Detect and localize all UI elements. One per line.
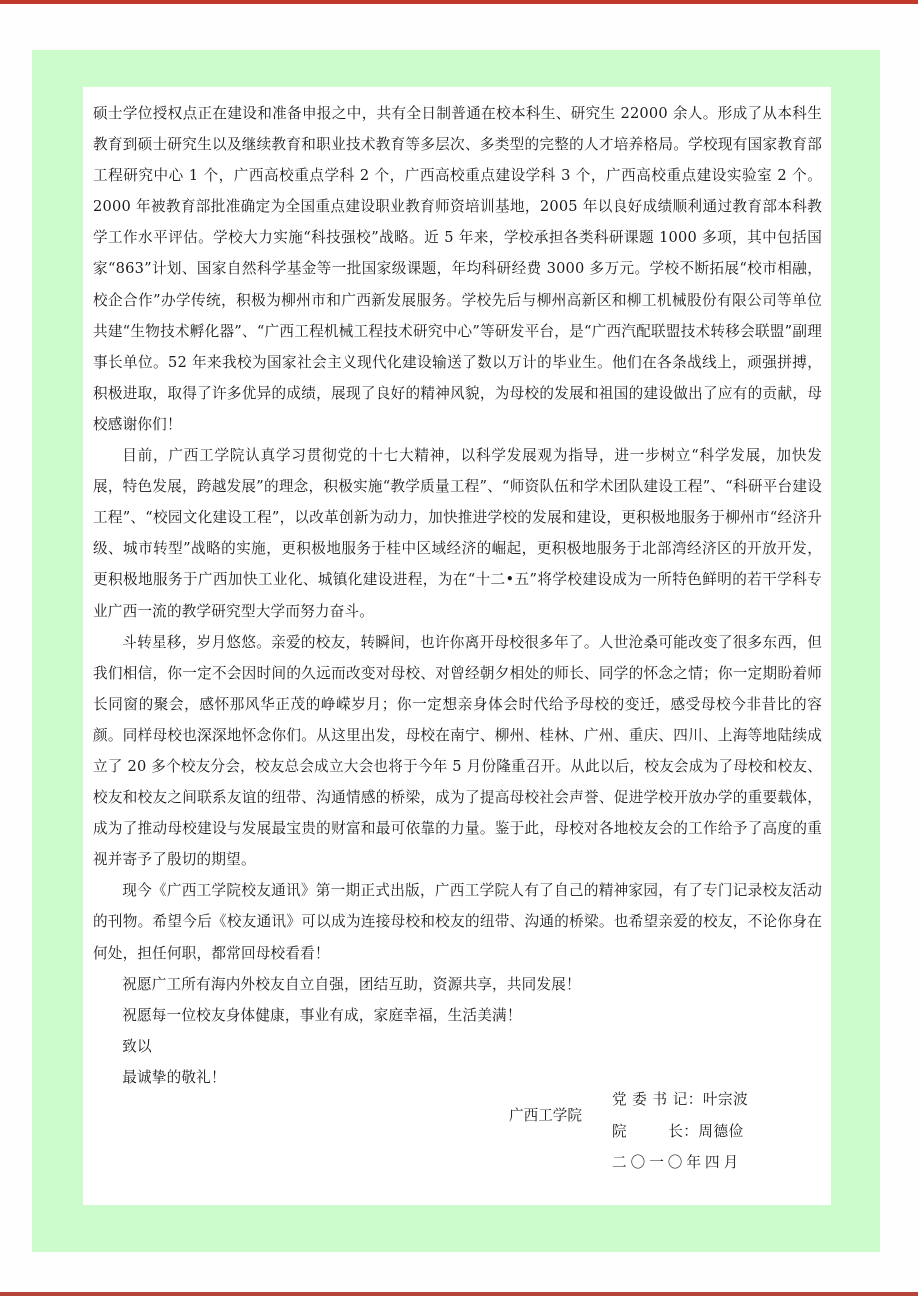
signature-organization: 广西工学院 xyxy=(509,1104,582,1125)
green-frame: 硕士学位授权点正在建设和准备申报之中，共有全日制普通在校本科生、研究生 2200… xyxy=(32,50,880,1252)
letter-body: 硕士学位授权点正在建设和准备申报之中，共有全日制普通在校本科生、研究生 2200… xyxy=(93,98,822,1093)
paragraph-3: 斗转星移，岁月悠悠。亲爱的校友，转瞬间，也许你离开母校很多年了。人世沧桑可能改变… xyxy=(93,627,822,876)
paragraph-4: 现今《广西工学院校友通讯》第一期正式出版，广西工学院人有了自己的精神家园，有了专… xyxy=(93,875,822,968)
wish-1: 祝愿广工所有海内外校友自立自强，团结互助，资源共享，共同发展！ xyxy=(93,969,822,1000)
wish-2: 祝愿每一位校友身体健康，事业有成，家庭幸福，生活美满！ xyxy=(93,1000,822,1031)
signature-block: 广西工学院 党 委 书 记：叶宗波 院 长：周德俭 二〇一〇年四月 xyxy=(83,1085,831,1185)
signature-party-secretary: 党 委 书 记：叶宗波 xyxy=(612,1088,748,1109)
letter-page: 硕士学位授权点正在建设和准备申报之中，共有全日制普通在校本科生、研究生 2200… xyxy=(83,87,831,1205)
bottom-rule xyxy=(0,1292,918,1296)
signature-president: 院 长：周德俭 xyxy=(612,1120,744,1141)
paragraph-2: 目前，广西工学院认真学习贯彻党的十七大精神，以科学发展观为指导，进一步树立“科学… xyxy=(93,440,822,627)
top-rule xyxy=(0,0,918,4)
paragraph-1: 硕士学位授权点正在建设和准备申报之中，共有全日制普通在校本科生、研究生 2200… xyxy=(93,98,822,440)
signature-date: 二〇一〇年四月 xyxy=(612,1151,742,1172)
closing-salutation: 致以 xyxy=(93,1031,822,1062)
